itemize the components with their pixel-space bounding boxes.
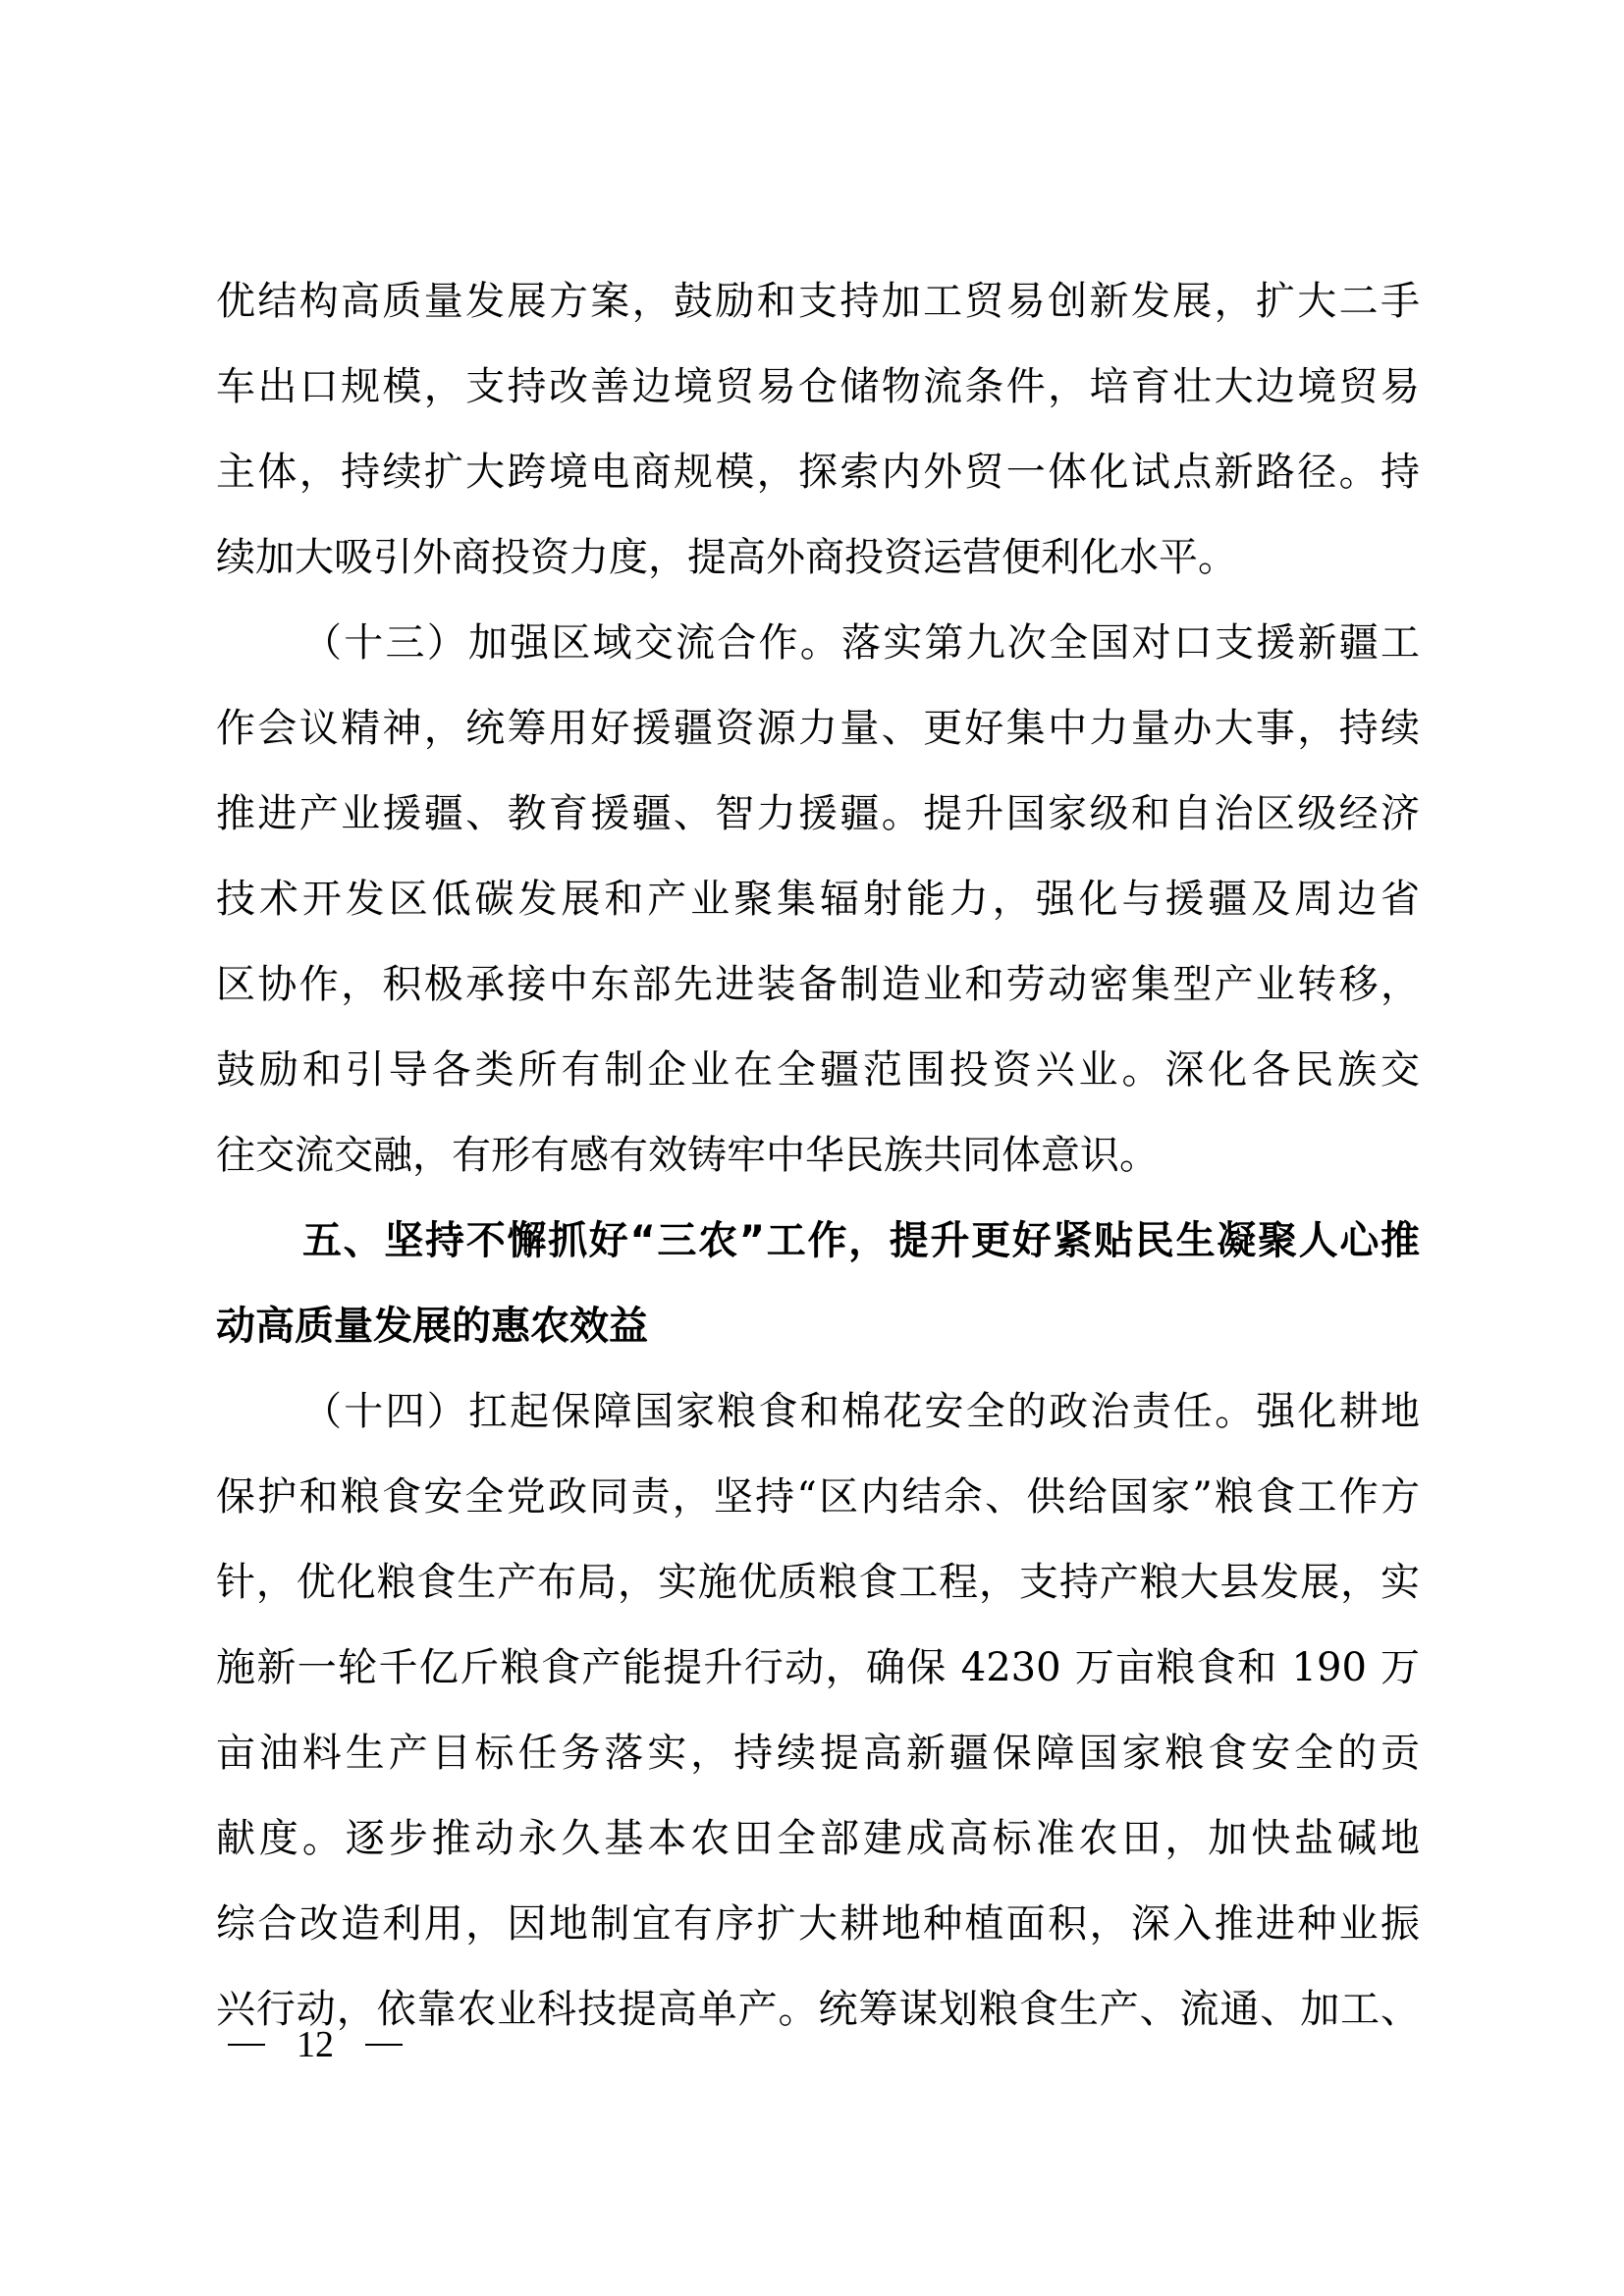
text-line: 保护和粮食安全党政同责，坚持“区内结余、供给国家”粮食工作方: [216, 1455, 1420, 1540]
text-line: 续加大吸引外商投资力度，提高外商投资运营便利化水平。: [216, 515, 1420, 601]
text-line: 鼓励和引导各类所有制企业在全疆范围投资兴业。深化各民族交: [216, 1028, 1420, 1113]
page-number-right-dash: [365, 2044, 403, 2046]
text-line: 区协作，积极承接中东部先进装备制造业和劳动密集型产业转移，: [216, 942, 1420, 1028]
text-line: （十四）扛起保障国家粮食和棉花安全的政治责任。强化耕地: [216, 1369, 1420, 1455]
text-line: （十三）加强区域交流合作。落实第九次全国对口支援新疆工: [216, 601, 1420, 686]
text-line: 优结构高质量发展方案，鼓励和支持加工贸易创新发展，扩大二手: [216, 259, 1420, 345]
paragraph-trade-continuation: 优结构高质量发展方案，鼓励和支持加工贸易创新发展，扩大二手 车出口规模，支持改善…: [216, 259, 1420, 601]
document-page: 优结构高质量发展方案，鼓励和支持加工贸易创新发展，扩大二手 车出口规模，支持改善…: [0, 0, 1624, 2296]
page-number-value: 12: [297, 2020, 334, 2069]
page-number: 12: [228, 2020, 403, 2069]
text-line: 技术开发区低碳发展和产业聚集辐射能力，强化与援疆及周边省: [216, 857, 1420, 942]
text-line: 综合改造利用，因地制宜有序扩大耕地种植面积，深入推进种业振: [216, 1882, 1420, 1967]
text-line: 针，优化粮食生产布局，实施优质粮食工程，支持产粮大县发展，实: [216, 1540, 1420, 1626]
paragraph-regional-cooperation: （十三）加强区域交流合作。落实第九次全国对口支援新疆工 作会议精神，统筹用好援疆…: [216, 601, 1420, 1199]
text-line: 推进产业援疆、教育援疆、智力援疆。提升国家级和自治区级经济: [216, 772, 1420, 857]
text-line: 作会议精神，统筹用好援疆资源力量、更好集中力量办大事，持续: [216, 686, 1420, 772]
text-line: 车出口规模，支持改善边境贸易仓储物流条件，培育壮大边境贸易: [216, 345, 1420, 430]
text-line: 施新一轮千亿斤粮食产能提升行动，确保 4230 万亩粮食和 190 万: [216, 1626, 1420, 1711]
document-body: 优结构高质量发展方案，鼓励和支持加工贸易创新发展，扩大二手 车出口规模，支持改善…: [216, 259, 1420, 2053]
text-line: 献度。逐步推动永久基本农田全部建成高标准农田，加快盐碱地: [216, 1796, 1420, 1882]
text-line: 亩油料生产目标任务落实，持续提高新疆保障国家粮食安全的贡: [216, 1711, 1420, 1796]
heading-line: 动高质量发展的惠农效益: [216, 1284, 1420, 1369]
page-number-left-dash: [228, 2044, 265, 2046]
paragraph-food-security: （十四）扛起保障国家粮食和棉花安全的政治责任。强化耕地 保护和粮食安全党政同责，…: [216, 1369, 1420, 2053]
section-heading: 五、坚持不懈抓好“三农”工作，提升更好紧贴民生凝聚人心推 动高质量发展的惠农效益: [216, 1199, 1420, 1369]
text-line: 往交流交融，有形有感有效铸牢中华民族共同体意识。: [216, 1113, 1420, 1199]
text-line: 主体，持续扩大跨境电商规模，探索内外贸一体化试点新路径。持: [216, 430, 1420, 515]
heading-line: 五、坚持不懈抓好“三农”工作，提升更好紧贴民生凝聚人心推: [216, 1199, 1420, 1284]
